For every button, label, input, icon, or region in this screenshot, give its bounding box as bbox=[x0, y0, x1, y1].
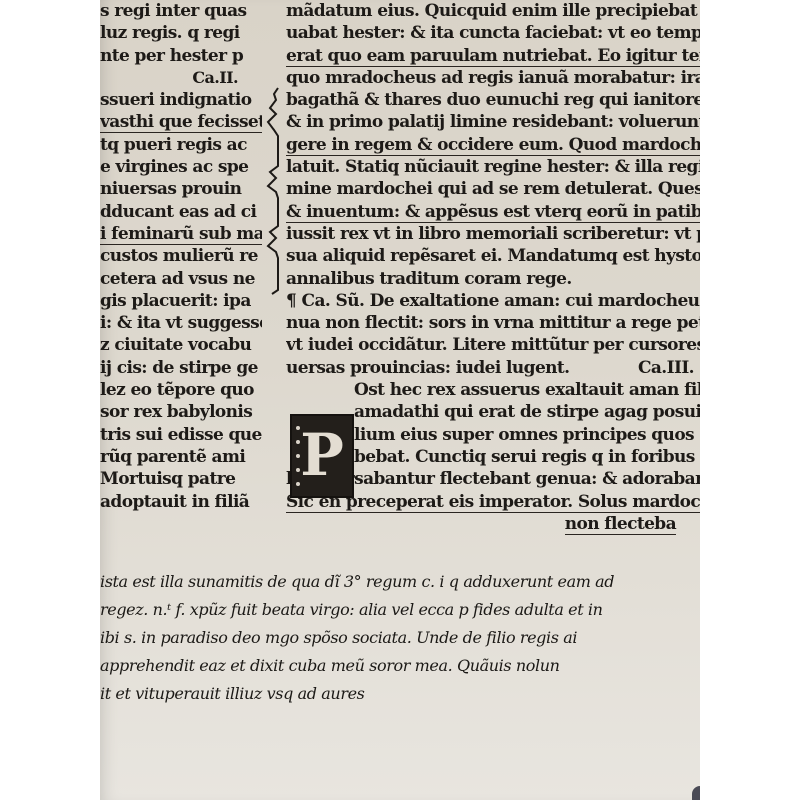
left-text-column: s regi inter quas luz regis. q regi nte … bbox=[100, 0, 262, 513]
text-line: bagathã & thares duo eunuchi reg qui ian… bbox=[286, 89, 700, 111]
text-line: rũq parentẽ ami bbox=[100, 446, 262, 468]
annotation-line: apprehendit eaz et dixit cuba meũ soror … bbox=[100, 652, 700, 680]
annotation-line: it et vituperauit illiuz vsq ad aures bbox=[100, 680, 700, 708]
text-line: tris sui edisse que bbox=[100, 424, 262, 446]
text-line: sua aliquid repẽsaret ei. Mandatumq est … bbox=[286, 245, 700, 267]
text-line: nte per hester p bbox=[100, 45, 262, 67]
text-line: i: & ita vt suggesse bbox=[100, 312, 262, 334]
catchword-text: non flecteba bbox=[565, 514, 676, 535]
chapter-summary-line: vt iudei occidãtur. Litere mittũtur per … bbox=[286, 334, 700, 356]
chapter-summary-line: nua non flectit: sors in vrna mittitur a… bbox=[286, 312, 700, 334]
text-line: gis placuerit: ipa bbox=[100, 290, 262, 312]
chapter-label: Ca.II. bbox=[100, 67, 262, 89]
decorated-initial: P bbox=[290, 414, 354, 498]
underlined-text: gere in regem & occidere eum. Quod mardo… bbox=[286, 135, 700, 156]
text-line: gere in regem & occidere eum. Quod mardo… bbox=[286, 134, 700, 156]
text-line: cetera ad vsus ne bbox=[100, 268, 262, 290]
text-line: mine mardochei qui ad se rem detulerat. … bbox=[286, 178, 700, 200]
chapter-heading: ¶ Ca. Sũ. De exaltatione aman: cui mardo… bbox=[286, 290, 700, 312]
underlined-text: erat quo eam paruulam nutriebat. Eo igit… bbox=[286, 46, 700, 67]
text-line: quo mradocheus ad regis ianuã morabatur:… bbox=[286, 67, 700, 89]
text-line: ssueri indignatio bbox=[100, 89, 262, 111]
text-line: & in primo palatij limine residebant: vo… bbox=[286, 111, 700, 133]
catchword: non flecteba bbox=[286, 513, 700, 535]
text-line: latuit. Statiq nũciauit regine hester: &… bbox=[286, 156, 700, 178]
text-line: sor rex babylonis bbox=[100, 401, 262, 423]
annotation-line: ibi s. in paradiso deo mgo spõso sociata… bbox=[100, 624, 700, 652]
text-line: & inuentum: & appẽsus est vterq eorũ in … bbox=[286, 201, 700, 223]
marginal-bracket-icon bbox=[264, 86, 284, 296]
text-line: niuersas prouin bbox=[100, 178, 262, 200]
chapter-label: Ca.III. bbox=[638, 357, 700, 379]
text-line: uabat hester: & ita cuncta faciebat: vt … bbox=[286, 22, 700, 44]
text-line: dducant eas ad ci bbox=[100, 201, 262, 223]
text-line: adoptauit in filiã bbox=[100, 491, 262, 513]
text-line: i feminarũ sub ma bbox=[100, 223, 262, 245]
text-line: z ciuitate vocabu bbox=[100, 334, 262, 356]
handwritten-annotation: ista est illa sunamitis de qua dĩ 3° reg… bbox=[100, 568, 700, 708]
text-line: erat quo eam paruulam nutriebat. Eo igit… bbox=[286, 45, 700, 67]
summary-text: uersas prouincias: iudei lugent. bbox=[286, 358, 570, 378]
text-line: lez eo tẽpore quo bbox=[100, 379, 262, 401]
text-line: ij cis: de stirpe ge bbox=[100, 357, 262, 379]
underlined-text: vasthi que fecisset bbox=[100, 112, 262, 133]
underlined-text: & inuentum: & appẽsus est vterq eorũ in … bbox=[286, 202, 700, 223]
text-line: luz regis. q regi bbox=[100, 22, 262, 44]
underlined-text: i feminarũ sub ma bbox=[100, 224, 262, 245]
text-line: Ost hec rex assuerus exaltauit aman fili bbox=[286, 379, 700, 401]
text-line: vasthi que fecisset bbox=[100, 111, 262, 133]
annotation-line: ista est illa sunamitis de qua dĩ 3° reg… bbox=[100, 568, 700, 596]
text-line: annalibus traditum coram rege. bbox=[286, 268, 700, 290]
chapter-summary-line: uersas prouincias: iudei lugent. Ca.III. bbox=[286, 357, 700, 379]
text-line: tq pueri regis ac bbox=[100, 134, 262, 156]
text-line: iussit rex vt in libro memoriali scriber… bbox=[286, 223, 700, 245]
text-line: mãdatum eius. Quicquid enim ille precipi… bbox=[286, 0, 700, 22]
annotation-line: regez. n.ᵗ f. xpũz fuit beata virgo: ali… bbox=[100, 596, 700, 624]
text-line: custos mulierũ re bbox=[100, 245, 262, 267]
initial-letter: P bbox=[292, 420, 352, 490]
text-line: Mortuisq patre bbox=[100, 468, 262, 490]
text-line: e virgines ac spe bbox=[100, 156, 262, 178]
book-page: s regi inter quas luz regis. q regi nte … bbox=[100, 0, 700, 800]
text-line: s regi inter quas bbox=[100, 0, 262, 22]
